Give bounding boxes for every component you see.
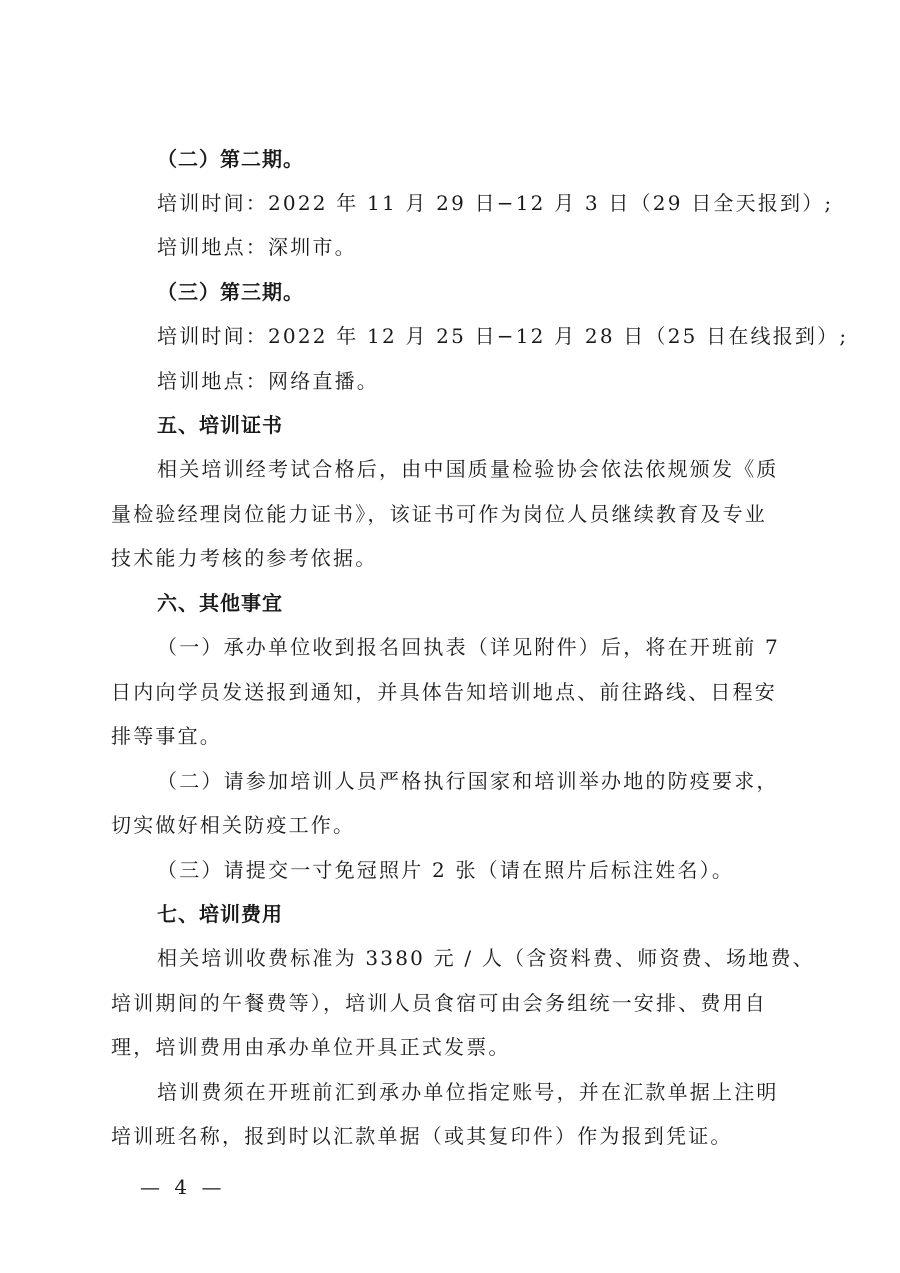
paragraph-line: 相关培训收费标准为 3380 元 / 人（含资料费、师资费、场地费、 — [157, 944, 815, 972]
paragraph-line: 日内向学员发送报到通知，并具体告知培训地点、前往路线、日程安 — [111, 678, 777, 706]
paragraph-line: （三）请提交一寸免冠照片 2 张（请在照片后标注姓名）。 — [157, 856, 734, 884]
section-heading-certificate: 五、培训证书 — [157, 411, 283, 439]
page-number: — 4 — — [140, 1175, 225, 1199]
section-heading-period-2: （二）第二期。 — [157, 145, 304, 173]
training-time-period-3: 培训时间：2022 年 12 月 25 日−12 月 28 日（25 日在线报到… — [157, 322, 848, 350]
training-location-period-2: 培训地点：深圳市。 — [157, 233, 357, 261]
paragraph-line: 培训班名称，报到时以汇款单据（或其复印件）作为报到凭证。 — [111, 1122, 733, 1150]
paragraph-line: 技术能力考核的参考依据。 — [111, 544, 377, 572]
section-heading-period-3: （三）第三期。 — [157, 278, 304, 306]
paragraph-line: （一）承办单位收到报名回执表（详见附件）后，将在开班前 7 — [157, 633, 780, 661]
paragraph-line: 切实做好相关防疫工作。 — [111, 811, 355, 839]
paragraph-line: 培训期间的午餐费等），培训人员食宿可由会务组统一安排、费用自 — [111, 989, 767, 1017]
paragraph-line: 理，培训费用由承办单位开具正式发票。 — [111, 1033, 511, 1061]
section-heading-training-fees: 七、培训费用 — [157, 900, 283, 928]
training-time-period-2: 培训时间：2022 年 11 月 29 日−12 月 3 日（29 日全天报到）… — [157, 189, 833, 217]
paragraph-line: （二）请参加培训人员严格执行国家和培训举办地的防疫要求， — [157, 767, 779, 795]
paragraph-line: 量检验经理岗位能力证书》，该证书可作为岗位人员继续教育及专业 — [111, 500, 767, 528]
training-location-period-3: 培训地点：网络直播。 — [157, 367, 379, 395]
paragraph-line: 相关培训经考试合格后，由中国质量检验协会依法依规颁发《质 — [157, 455, 779, 483]
paragraph-line: 排等事宜。 — [111, 722, 222, 750]
section-heading-other-matters: 六、其他事宜 — [157, 589, 283, 617]
paragraph-line: 培训费须在开班前汇到承办单位指定账号，并在汇款单据上注明 — [157, 1078, 779, 1106]
